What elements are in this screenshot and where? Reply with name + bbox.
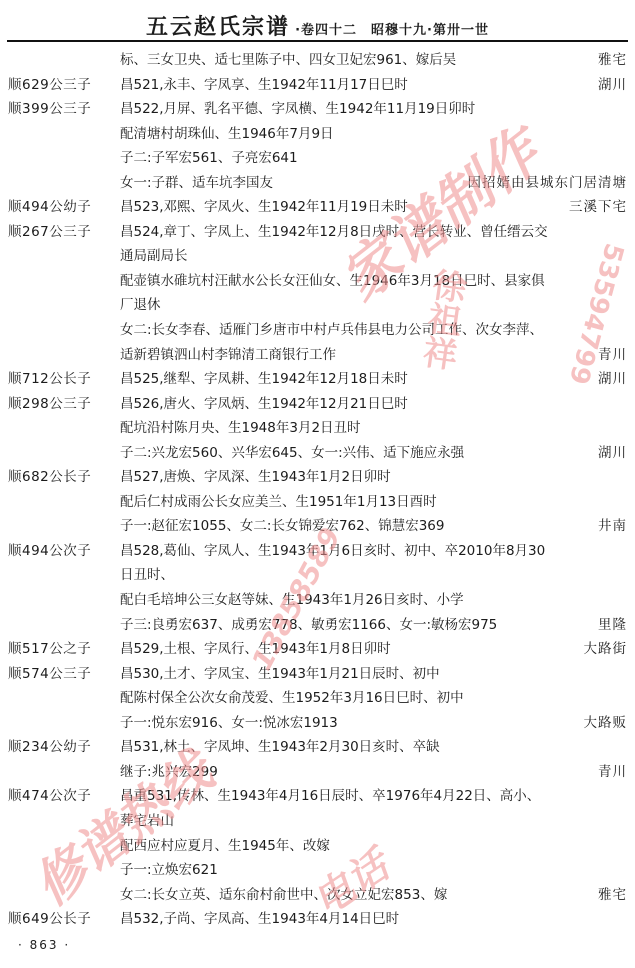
entry-text: 配壶镇水碓坑村汪献水公长女汪仙女、生1946年3月18日巳时、县家俱 xyxy=(120,269,545,294)
entry-text: 配陈村保全公次女俞茂爱、生1952年3月16日巳时、初中 xyxy=(120,686,464,711)
genealogy-row: 标、三女卫央、适七里陈子中、四女卫妃宏961、嫁后吴 雅宅 xyxy=(0,48,635,73)
lineage-order-label xyxy=(0,48,120,73)
lineage-order-label: 顺267公三子 xyxy=(0,220,120,245)
genealogy-row: 子一:赵征宏1055、女二:长女锦爱宏762、锦慧宏369 井南 xyxy=(0,514,635,539)
lineage-order-label: 顺712公长子 xyxy=(0,367,120,392)
lineage-order-label: 顺574公三子 xyxy=(0,662,120,687)
residence-label xyxy=(627,809,635,834)
residence-label: 湖川 xyxy=(598,441,635,466)
residence-label: 里隆 xyxy=(598,613,635,638)
genealogy-row: 顺574公三子 昌530,土才、字凤宝、生1943年1月21日辰时、初中 xyxy=(0,662,635,687)
residence-label xyxy=(627,318,635,343)
lineage-order-label: 顺298公三子 xyxy=(0,392,120,417)
residence-label xyxy=(627,490,635,515)
entry-text: 昌529,土根、字凤行、生1943年1月8日卯时 xyxy=(120,637,391,662)
genealogy-row: 顺712公长子 昌525,继犁、字凤耕、生1942年12月18日未时 湖川 xyxy=(0,367,635,392)
residence-label xyxy=(627,686,635,711)
residence-label xyxy=(627,416,635,441)
genealogy-row: 子二:子军宏561、子亮宏641 xyxy=(0,146,635,171)
residence-label xyxy=(627,907,635,932)
entry-text: 配坑沿村陈月央、生1948年3月2日丑时 xyxy=(120,416,361,441)
residence-label: 大路街 xyxy=(584,637,635,662)
genealogy-row: 通局副局长 xyxy=(0,244,635,269)
genealogy-row: 配清塘村胡珠仙、生1946年7月9日 xyxy=(0,122,635,147)
entry-text: 子二:兴龙宏560、兴华宏645、女一:兴伟、适下施应永强 xyxy=(120,441,464,466)
genealogy-row: 配后仁村成雨公长女应美兰、生1951年1月13日酉时 xyxy=(0,490,635,515)
entry-text: 日丑时、 xyxy=(120,563,174,588)
genealogy-row: 子一:悦东宏916、女一:悦冰宏1913 大路贩 xyxy=(0,711,635,736)
genealogy-row: 顺494公幼子 昌523,邓熙、字凤火、生1942年11月19日未时 三溪下宅 xyxy=(0,195,635,220)
lineage-order-label xyxy=(0,122,120,147)
lineage-order-label xyxy=(0,809,120,834)
residence-label xyxy=(627,97,635,122)
page-number: · 863 · xyxy=(18,938,70,952)
genealogy-row: 女二:长女李春、适雁门乡唐市中村卢兵伟县电力公司工作、次女李萍、 xyxy=(0,318,635,343)
genealogy-row: 配西应村应夏月、生1945年、改嫁 xyxy=(0,834,635,859)
entry-text: 昌527,唐焕、字凤深、生1943年1月2日卯时 xyxy=(120,465,391,490)
entry-text: 子一:立焕宏621 xyxy=(120,858,218,883)
entry-text: 昌524,章丁、字凤上、生1942年12月8日戌时、营长转业、曾任缙云交 xyxy=(120,220,548,245)
entry-text: 子一:赵征宏1055、女二:长女锦爱宏762、锦慧宏369 xyxy=(120,514,445,539)
residence-label xyxy=(627,834,635,859)
residence-label: 大路贩 xyxy=(584,711,635,736)
genealogy-row: 女一:子群、适车坑李国友 因招婿由县城东门居清塘 xyxy=(0,171,635,196)
entry-text: 子一:悦东宏916、女一:悦冰宏1913 xyxy=(120,711,338,736)
entry-text: 女一:子群、适车坑李国友 xyxy=(120,171,273,196)
lineage-order-label xyxy=(0,686,120,711)
genealogy-row: 顺517公之子 昌529,土根、字凤行、生1943年1月8日卯时 大路街 xyxy=(0,637,635,662)
residence-label xyxy=(627,539,635,564)
lineage-order-label xyxy=(0,858,120,883)
genealogy-row: 子一:立焕宏621 xyxy=(0,858,635,883)
entry-text: 昌532,子尚、字凤高、生1943年4月14日巳时 xyxy=(120,907,399,932)
residence-label: 雅宅 xyxy=(598,883,635,908)
entry-text: 配西应村应夏月、生1945年、改嫁 xyxy=(120,834,330,859)
genealogy-row: 适新碧镇泗山村李锦清工商银行工作 青川 xyxy=(0,343,635,368)
page-header: 五云赵氏宗谱 ·卷四十二 昭穆十九·第卅一世 xyxy=(0,10,635,41)
residence-label: 因招婿由县城东门居清塘 xyxy=(468,171,635,196)
genealogy-row: 日丑时、 xyxy=(0,563,635,588)
residence-label: 湖川 xyxy=(598,367,635,392)
genealogy-row: 配白毛培坤公三女赵等妹、生1943年1月26日亥时、小学 xyxy=(0,588,635,613)
genealogy-row: 顺267公三子 昌524,章丁、字凤上、生1942年12月8日戌时、营长转业、曾… xyxy=(0,220,635,245)
residence-label xyxy=(627,465,635,490)
lineage-order-label xyxy=(0,490,120,515)
lineage-order-label xyxy=(0,613,120,638)
entry-text: 昌526,唐火、字凤炳、生1942年12月21日巳时 xyxy=(120,392,408,417)
genealogy-row: 配陈村保全公次女俞茂爱、生1952年3月16日巳时、初中 xyxy=(0,686,635,711)
genealogy-row: 厂退休 xyxy=(0,293,635,318)
lineage-order-label xyxy=(0,588,120,613)
residence-label xyxy=(627,662,635,687)
residence-label xyxy=(627,784,635,809)
lineage-order-label: 顺649公长子 xyxy=(0,907,120,932)
genealogy-row: 顺234公幼子 昌531,林土、字凤坤、生1943年2月30日亥时、卒缺 xyxy=(0,735,635,760)
entry-text: 葬宅岩山 xyxy=(120,809,174,834)
lineage-order-label xyxy=(0,171,120,196)
entry-text: 昌531,林土、字凤坤、生1943年2月30日亥时、卒缺 xyxy=(120,735,440,760)
entry-text: 子三:良勇宏637、成勇宏778、敏勇宏1166、女一:敏杨宏975 xyxy=(120,613,497,638)
genealogy-row: 子三:良勇宏637、成勇宏778、敏勇宏1166、女一:敏杨宏975 里隆 xyxy=(0,613,635,638)
entry-text: 昌重531,传林、生1943年4月16日辰时、卒1976年4月22日、高小、 xyxy=(120,784,540,809)
residence-label xyxy=(627,220,635,245)
entry-text: 子二:子军宏561、子亮宏641 xyxy=(120,146,298,171)
residence-label xyxy=(627,735,635,760)
lineage-order-label: 顺474公次子 xyxy=(0,784,120,809)
residence-label xyxy=(627,588,635,613)
entry-text: 女二:长女立英、适东俞村俞世中、次女立妃宏853、嫁 xyxy=(120,883,447,908)
entry-text: 昌530,土才、字凤宝、生1943年1月21日辰时、初中 xyxy=(120,662,440,687)
lineage-order-label: 顺494公幼子 xyxy=(0,195,120,220)
entry-text: 继子:兆兴宏299 xyxy=(120,760,218,785)
residence-label: 三溪下宅 xyxy=(569,195,635,220)
residence-label xyxy=(627,392,635,417)
lineage-order-label xyxy=(0,711,120,736)
lineage-order-label xyxy=(0,244,120,269)
genealogy-entries: 标、三女卫央、适七里陈子中、四女卫妃宏961、嫁后吴 雅宅 顺629公三子 昌5… xyxy=(0,48,635,932)
residence-label xyxy=(627,122,635,147)
lineage-order-label xyxy=(0,343,120,368)
residence-label xyxy=(627,269,635,294)
entry-text: 配后仁村成雨公长女应美兰、生1951年1月13日酉时 xyxy=(120,490,437,515)
entry-text: 配清塘村胡珠仙、生1946年7月9日 xyxy=(120,122,334,147)
residence-label: 湖川 xyxy=(598,73,635,98)
entry-text: 适新碧镇泗山村李锦清工商银行工作 xyxy=(120,343,336,368)
lineage-order-label xyxy=(0,834,120,859)
lineage-order-label xyxy=(0,760,120,785)
genealogy-row: 顺399公三子 昌522,月屏、乳名平德、字凤横、生1942年11月19日卯时 xyxy=(0,97,635,122)
entry-text: 厂退休 xyxy=(120,293,161,318)
genealogy-row: 顺649公长子 昌532,子尚、字凤高、生1943年4月14日巳时 xyxy=(0,907,635,932)
lineage-order-label: 顺629公三子 xyxy=(0,73,120,98)
entry-text: 配白毛培坤公三女赵等妹、生1943年1月26日亥时、小学 xyxy=(120,588,464,613)
lineage-order-label: 顺399公三子 xyxy=(0,97,120,122)
lineage-order-label xyxy=(0,269,120,294)
lineage-order-label: 顺494公次子 xyxy=(0,539,120,564)
entry-text: 昌525,继犁、字凤耕、生1942年12月18日未时 xyxy=(120,367,408,392)
genealogy-row: 女二:长女立英、适东俞村俞世中、次女立妃宏853、嫁 雅宅 xyxy=(0,883,635,908)
entry-text: 通局副局长 xyxy=(120,244,188,269)
lineage-order-label xyxy=(0,883,120,908)
genealogy-row: 继子:兆兴宏299 青川 xyxy=(0,760,635,785)
genealogy-row: 顺682公长子 昌527,唐焕、字凤深、生1943年1月2日卯时 xyxy=(0,465,635,490)
volume-subtitle: ·卷四十二 昭穆十九·第卅一世 xyxy=(295,23,489,38)
genealogy-row: 顺298公三子 昌526,唐火、字凤炳、生1942年12月21日巳时 xyxy=(0,392,635,417)
entry-text: 女二:长女李春、适雁门乡唐市中村卢兵伟县电力公司工作、次女李萍、 xyxy=(120,318,543,343)
lineage-order-label xyxy=(0,441,120,466)
residence-label: 青川 xyxy=(598,760,635,785)
genealogy-row: 子二:兴龙宏560、兴华宏645、女一:兴伟、适下施应永强 湖川 xyxy=(0,441,635,466)
genealogy-row: 配壶镇水碓坑村汪献水公长女汪仙女、生1946年3月18日巳时、县家俱 xyxy=(0,269,635,294)
lineage-order-label xyxy=(0,563,120,588)
lineage-order-label xyxy=(0,293,120,318)
entry-text: 昌521,永丰、字凤享、生1942年11月17日巳时 xyxy=(120,73,408,98)
residence-label xyxy=(627,146,635,171)
lineage-order-label xyxy=(0,514,120,539)
lineage-order-label xyxy=(0,318,120,343)
genealogy-page: 五云赵氏宗谱 ·卷四十二 昭穆十九·第卅一世 标、三女卫央、适七里陈子中、四女卫… xyxy=(0,0,635,968)
entry-text: 标、三女卫央、适七里陈子中、四女卫妃宏961、嫁后吴 xyxy=(120,48,456,73)
lineage-order-label: 顺234公幼子 xyxy=(0,735,120,760)
genealogy-row: 配坑沿村陈月央、生1948年3月2日丑时 xyxy=(0,416,635,441)
lineage-order-label xyxy=(0,416,120,441)
lineage-order-label: 顺682公长子 xyxy=(0,465,120,490)
lineage-order-label: 顺517公之子 xyxy=(0,637,120,662)
residence-label: 青川 xyxy=(598,343,635,368)
book-title: 五云赵氏宗谱 xyxy=(146,15,290,40)
entry-text: 昌522,月屏、乳名平德、字凤横、生1942年11月19日卯时 xyxy=(120,97,475,122)
entry-text: 昌528,葛仙、字凤人、生1943年1月6日亥时、初中、卒2010年8月30 xyxy=(120,539,545,564)
genealogy-row: 葬宅岩山 xyxy=(0,809,635,834)
residence-label xyxy=(627,858,635,883)
residence-label xyxy=(627,563,635,588)
genealogy-row: 顺629公三子 昌521,永丰、字凤享、生1942年11月17日巳时 湖川 xyxy=(0,73,635,98)
residence-label: 雅宅 xyxy=(598,48,635,73)
lineage-order-label xyxy=(0,146,120,171)
residence-label xyxy=(627,244,635,269)
entry-text: 昌523,邓熙、字凤火、生1942年11月19日未时 xyxy=(120,195,408,220)
genealogy-row: 顺494公次子 昌528,葛仙、字凤人、生1943年1月6日亥时、初中、卒201… xyxy=(0,539,635,564)
residence-label: 井南 xyxy=(598,514,635,539)
genealogy-row: 顺474公次子 昌重531,传林、生1943年4月16日辰时、卒1976年4月2… xyxy=(0,784,635,809)
header-divider xyxy=(7,40,628,42)
residence-label xyxy=(627,293,635,318)
